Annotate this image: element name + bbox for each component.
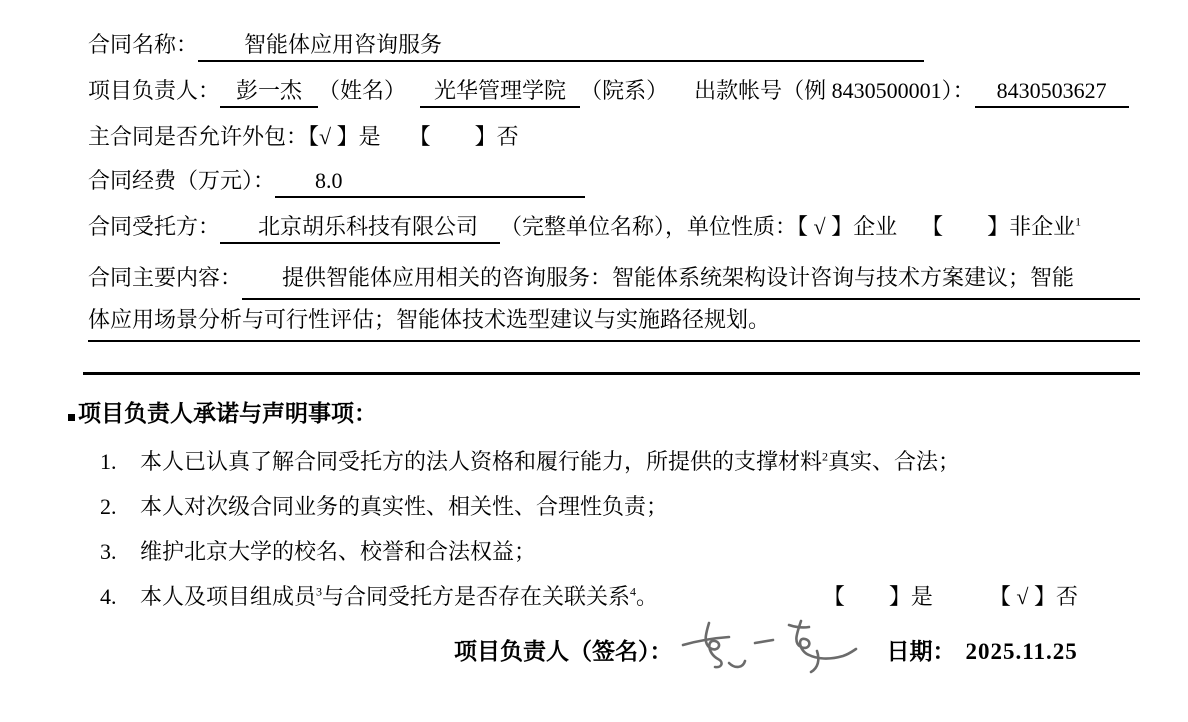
project-leader-label: 项目负责人： xyxy=(88,78,220,103)
trustee-suffix: （完整单位名称），单位性质： xyxy=(500,214,797,239)
declaration-item-3: 3. 维护北京大学的校名、校誉和合法权益； xyxy=(88,537,1140,567)
footnote-1-marker: 1 xyxy=(1075,215,1081,229)
date-label: 日期： xyxy=(887,637,956,667)
main-content-label: 合同主要内容： xyxy=(88,258,242,298)
trustee-value: 北京胡乐科技有限公司 xyxy=(220,212,500,244)
item-number: 2. xyxy=(100,492,140,522)
outsourcing-yes-checkbox: 【√ 】是 xyxy=(308,124,381,149)
leader-dept-value: 光华管理学院 xyxy=(420,76,580,108)
funding-row: 合同经费（万元）：8.0 xyxy=(88,166,1140,198)
signature-row: 项目负责人（签名）： 日期： 2025.11.25 xyxy=(454,627,1140,677)
declaration-heading: 项目负责人承诺与声明事项： xyxy=(68,399,1140,429)
item-text-pre: 本人及项目组成员 xyxy=(140,584,316,609)
relation-no-checkbox: 【 √ 】否 xyxy=(989,584,1078,609)
outsourcing-no-checkbox: 【 】否 xyxy=(409,124,519,149)
relation-yes-checkbox: 【 】是 xyxy=(823,584,933,609)
item-text-post: 。 xyxy=(636,584,658,609)
leader-name-value: 彭一杰 xyxy=(220,76,318,108)
main-content-value-line1: 提供智能体应用相关的咨询服务：智能体系统架构设计咨询与技术方案建议；智能 xyxy=(242,258,1140,300)
main-content-line1: 合同主要内容：提供智能体应用相关的咨询服务：智能体系统架构设计咨询与技术方案建议… xyxy=(88,258,1140,300)
main-content-row: 合同主要内容：提供智能体应用相关的咨询服务：智能体系统架构设计咨询与技术方案建议… xyxy=(88,258,1140,342)
handwritten-signature xyxy=(677,615,867,677)
relation-checkboxes: 【 】是【 √ 】否 xyxy=(823,582,1078,612)
outsourcing-row: 主合同是否允许外包：【√ 】是【 】否 xyxy=(88,122,1140,152)
declaration-heading-text: 项目负责人承诺与声明事项： xyxy=(78,401,377,426)
item-text: 本人及项目组成员3与合同受托方是否存在关联关系4。 xyxy=(140,582,658,612)
main-content-value-line2: 体应用场景分析与可行性评估；智能体技术选型建议与实施路径规划。 xyxy=(88,300,1140,342)
contract-name-row: 合同名称：智能体应用咨询服务 xyxy=(88,30,1140,62)
section-divider xyxy=(83,372,1140,375)
enterprise-checkbox: 【 √ 】企业 xyxy=(797,214,897,239)
declaration-item-1: 1. 本人已认真了解合同受托方的法人资格和履行能力，所提供的支撑材料2真实、合法… xyxy=(88,447,1140,477)
contract-form-page: 合同名称：智能体应用咨询服务 项目负责人：彭一杰（姓名）光华管理学院（院系）出款… xyxy=(0,0,1188,677)
trustee-label: 合同受托方： xyxy=(88,214,220,239)
main-content-line2: 体应用场景分析与可行性评估；智能体技术选型建议与实施路径规划。 xyxy=(88,300,1140,342)
date-value: 2025.11.25 xyxy=(966,637,1078,667)
item-text-mid: 与合同受托方是否存在关联关系 xyxy=(322,584,630,609)
item-number: 4. xyxy=(100,582,140,612)
item-number: 1. xyxy=(100,447,140,477)
outsourcing-label: 主合同是否允许外包： xyxy=(88,124,308,149)
account-value: 8430503627 xyxy=(975,76,1129,108)
leader-name-suffix: （姓名） xyxy=(318,78,406,103)
funding-label: 合同经费（万元）： xyxy=(88,168,275,193)
item-text-pre: 本人已认真了解合同受托方的法人资格和履行能力，所提供的支撑材料 xyxy=(140,449,822,474)
item-text-post: 真实、合法； xyxy=(828,449,960,474)
project-leader-row: 项目负责人：彭一杰（姓名）光华管理学院（院系）出款帐号（例 8430500001… xyxy=(88,76,1140,108)
item-text: 维护北京大学的校名、校誉和合法权益； xyxy=(140,537,536,567)
funding-value: 8.0 xyxy=(275,166,585,198)
account-label: 出款帐号（例 8430500001）： xyxy=(694,78,975,103)
item-text: 本人已认真了解合同受托方的法人资格和履行能力，所提供的支撑材料2真实、合法； xyxy=(140,447,960,477)
contract-name-label: 合同名称： xyxy=(88,32,198,57)
non-enterprise-checkbox: 【 】非企业 xyxy=(921,214,1075,239)
contract-name-value: 智能体应用咨询服务 xyxy=(198,30,924,62)
declaration-item-4: 4. 本人及项目组成员3与合同受托方是否存在关联关系4。 【 】是【 √ 】否 xyxy=(88,582,1140,612)
square-bullet-icon xyxy=(68,414,75,421)
trustee-row: 合同受托方：北京胡乐科技有限公司（完整单位名称），单位性质：【 √ 】企业【 】… xyxy=(88,212,1140,244)
item-text: 本人对次级合同业务的真实性、相关性、合理性负责； xyxy=(140,492,668,522)
leader-dept-suffix: （院系） xyxy=(580,78,668,103)
item-number: 3. xyxy=(100,537,140,567)
declaration-item-2: 2. 本人对次级合同业务的真实性、相关性、合理性负责； xyxy=(88,492,1140,522)
signature-label: 项目负责人（签名）： xyxy=(454,637,673,667)
